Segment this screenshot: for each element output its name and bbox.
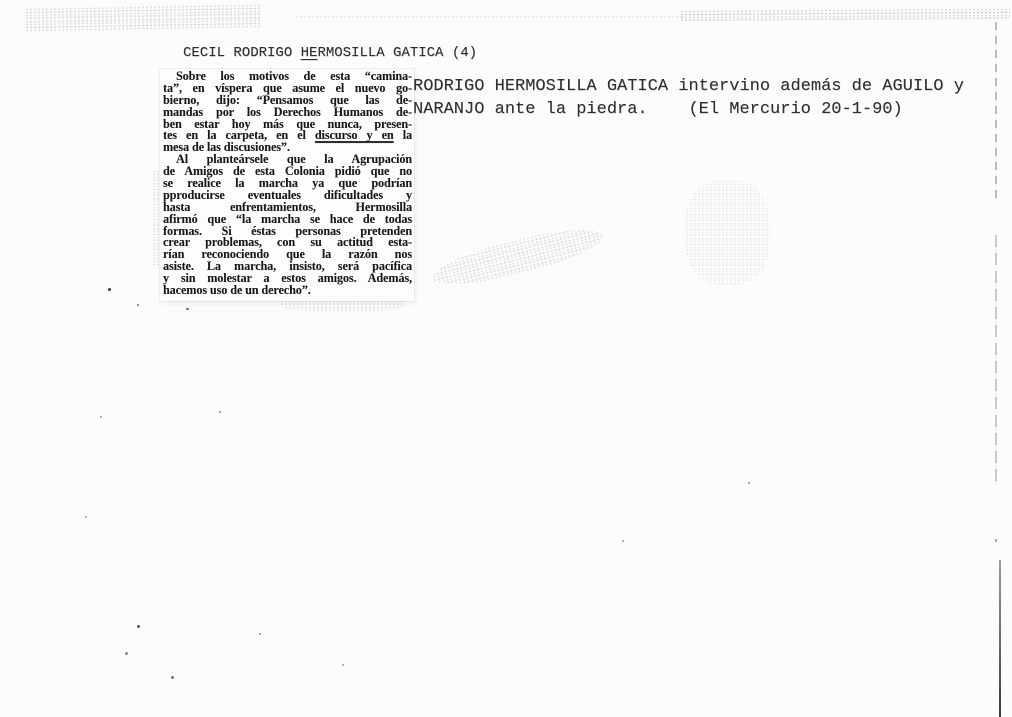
scan-noise-top-right (680, 8, 1010, 21)
scan-speck (108, 288, 111, 291)
scan-edge-line-upper (995, 22, 997, 202)
scan-speck (748, 482, 750, 484)
scan-speck (137, 625, 140, 628)
scan-noise-mid-right (685, 180, 770, 285)
scan-speck (171, 676, 174, 679)
scan-noise-top-middle (295, 15, 685, 19)
clipping-line: hacemos uso de un derecho”. (163, 285, 412, 297)
typed-annotation-line-2: NARANJO ante la piedra. (El Mercurio 20-… (413, 99, 964, 122)
scan-noise-top-left (25, 4, 260, 32)
scan-edge-line-middle (995, 235, 997, 485)
page-title-pre: CECIL RODRIGO (183, 45, 301, 61)
scan-edge-line-lower (999, 560, 1001, 717)
scan-noise-mid-streak (428, 219, 606, 294)
scan-speck (137, 304, 139, 306)
page-title-post: RMOSILLA GATICA (4) (317, 45, 477, 61)
scan-speck (186, 308, 189, 310)
scan-speck (259, 633, 261, 635)
typed-annotation-line-1: RODRIGO HERMOSILLA GATICA intervino adem… (413, 76, 964, 99)
clipping-paragraph: Sobre los motivos de esta “camina-ta”, e… (163, 71, 412, 154)
pen-underlined-text: discurso y en (315, 128, 394, 142)
scan-speck (219, 411, 221, 413)
typed-annotation: RODRIGO HERMOSILLA GATICA intervino adem… (413, 76, 964, 121)
scan-speck (342, 664, 344, 666)
scan-speck (995, 539, 997, 542)
scan-page: CECIL RODRIGO HERMOSILLA GATICA (4) Sobr… (0, 0, 1012, 717)
scan-speck (125, 652, 128, 655)
page-title: CECIL RODRIGO HERMOSILLA GATICA (4) (183, 44, 477, 62)
newspaper-clipping: Sobre los motivos de esta “camina-ta”, e… (160, 69, 414, 301)
page-title-underlined-part: HE (301, 45, 318, 61)
scan-speck (100, 416, 102, 418)
scan-speck (85, 516, 87, 518)
scan-speck (622, 540, 624, 542)
clipping-paragraph: Al planteársele que la Agrupaciónde Amig… (163, 154, 412, 297)
